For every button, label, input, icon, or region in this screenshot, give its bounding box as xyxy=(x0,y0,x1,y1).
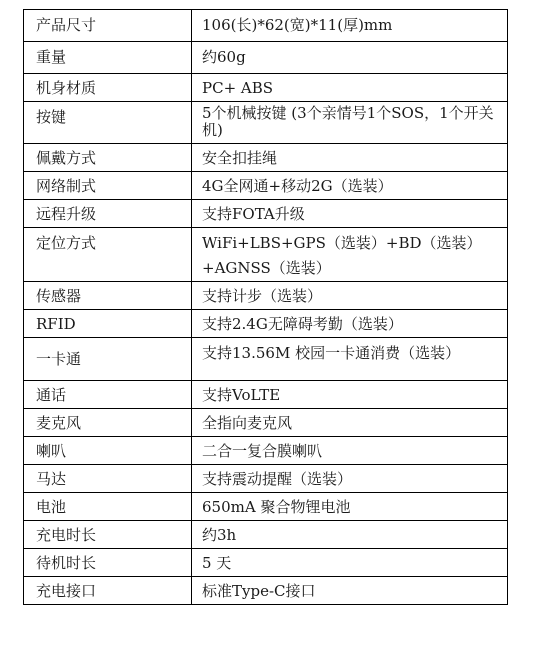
spec-row-speaker: 喇叭 二合一复合膜喇叭 xyxy=(24,437,508,465)
spec-label: 待机时长 xyxy=(24,549,192,577)
spec-row-charge-port: 充电接口 标准Type-C接口 xyxy=(24,577,508,605)
spec-label: 定位方式 xyxy=(24,228,192,282)
spec-value: 约3h xyxy=(192,521,508,549)
spec-value: 支持13.56M 校园一卡通消费（选装） xyxy=(192,338,508,381)
spec-value: 支持FOTA升级 xyxy=(192,200,508,228)
spec-row-campus-card: 一卡通 支持13.56M 校园一卡通消费（选装） xyxy=(24,338,508,381)
spec-label: 机身材质 xyxy=(24,74,192,102)
spec-row-dimensions: 产品尺寸 106(长)*62(宽)*11(厚)mm xyxy=(24,10,508,42)
spec-value: 标准Type-C接口 xyxy=(192,577,508,605)
spec-label: RFID xyxy=(24,310,192,338)
spec-value: 4G全网通+移动2G（选装） xyxy=(192,172,508,200)
spec-label: 一卡通 xyxy=(24,338,192,381)
spec-row-standby: 待机时长 5 天 xyxy=(24,549,508,577)
spec-value: PC+ ABS xyxy=(192,74,508,102)
spec-value: 支持计步（选装） xyxy=(192,282,508,310)
spec-row-ota: 远程升级 支持FOTA升级 xyxy=(24,200,508,228)
spec-label: 网络制式 xyxy=(24,172,192,200)
spec-label: 重量 xyxy=(24,42,192,74)
spec-table: 产品尺寸 106(长)*62(宽)*11(厚)mm 重量 约60g 机身材质 P… xyxy=(23,9,508,605)
spec-value: 安全扣挂绳 xyxy=(192,144,508,172)
spec-row-weight: 重量 约60g xyxy=(24,42,508,74)
spec-value: 650mA 聚合物锂电池 xyxy=(192,493,508,521)
spec-value: 二合一复合膜喇叭 xyxy=(192,437,508,465)
spec-label: 马达 xyxy=(24,465,192,493)
spec-value: 5 天 xyxy=(192,549,508,577)
spec-row-microphone: 麦克风 全指向麦克风 xyxy=(24,409,508,437)
spec-value: 全指向麦克风 xyxy=(192,409,508,437)
spec-label: 佩戴方式 xyxy=(24,144,192,172)
spec-row-buttons: 按键 5个机械按键 (3个亲情号1个SOS，1个开关机) xyxy=(24,102,508,144)
spec-row-charge-time: 充电时长 约3h xyxy=(24,521,508,549)
spec-label: 充电时长 xyxy=(24,521,192,549)
spec-row-material: 机身材质 PC+ ABS xyxy=(24,74,508,102)
spec-label: 电池 xyxy=(24,493,192,521)
spec-row-battery: 电池 650mA 聚合物锂电池 xyxy=(24,493,508,521)
spec-row-rfid: RFID 支持2.4G无障碍考勤（选装） xyxy=(24,310,508,338)
spec-label: 麦克风 xyxy=(24,409,192,437)
spec-row-positioning: 定位方式 WiFi+LBS+GPS（选装）+BD（选装）+AGNSS（选装） xyxy=(24,228,508,282)
spec-value: 约60g xyxy=(192,42,508,74)
spec-value: 支持VoLTE xyxy=(192,381,508,409)
spec-label: 产品尺寸 xyxy=(24,10,192,42)
spec-value: 5个机械按键 (3个亲情号1个SOS，1个开关机) xyxy=(192,102,508,144)
spec-row-sensor: 传感器 支持计步（选装） xyxy=(24,282,508,310)
spec-row-wearing: 佩戴方式 安全扣挂绳 xyxy=(24,144,508,172)
spec-value: 106(长)*62(宽)*11(厚)mm xyxy=(192,10,508,42)
spec-label: 远程升级 xyxy=(24,200,192,228)
spec-label: 喇叭 xyxy=(24,437,192,465)
spec-label: 通话 xyxy=(24,381,192,409)
spec-value: WiFi+LBS+GPS（选装）+BD（选装）+AGNSS（选装） xyxy=(192,228,508,282)
spec-row-call: 通话 支持VoLTE xyxy=(24,381,508,409)
spec-row-motor: 马达 支持震动提醒（选装） xyxy=(24,465,508,493)
spec-label: 按键 xyxy=(24,102,192,144)
spec-label: 充电接口 xyxy=(24,577,192,605)
spec-row-network: 网络制式 4G全网通+移动2G（选装） xyxy=(24,172,508,200)
spec-value: 支持震动提醒（选装） xyxy=(192,465,508,493)
spec-label: 传感器 xyxy=(24,282,192,310)
spec-value: 支持2.4G无障碍考勤（选装） xyxy=(192,310,508,338)
